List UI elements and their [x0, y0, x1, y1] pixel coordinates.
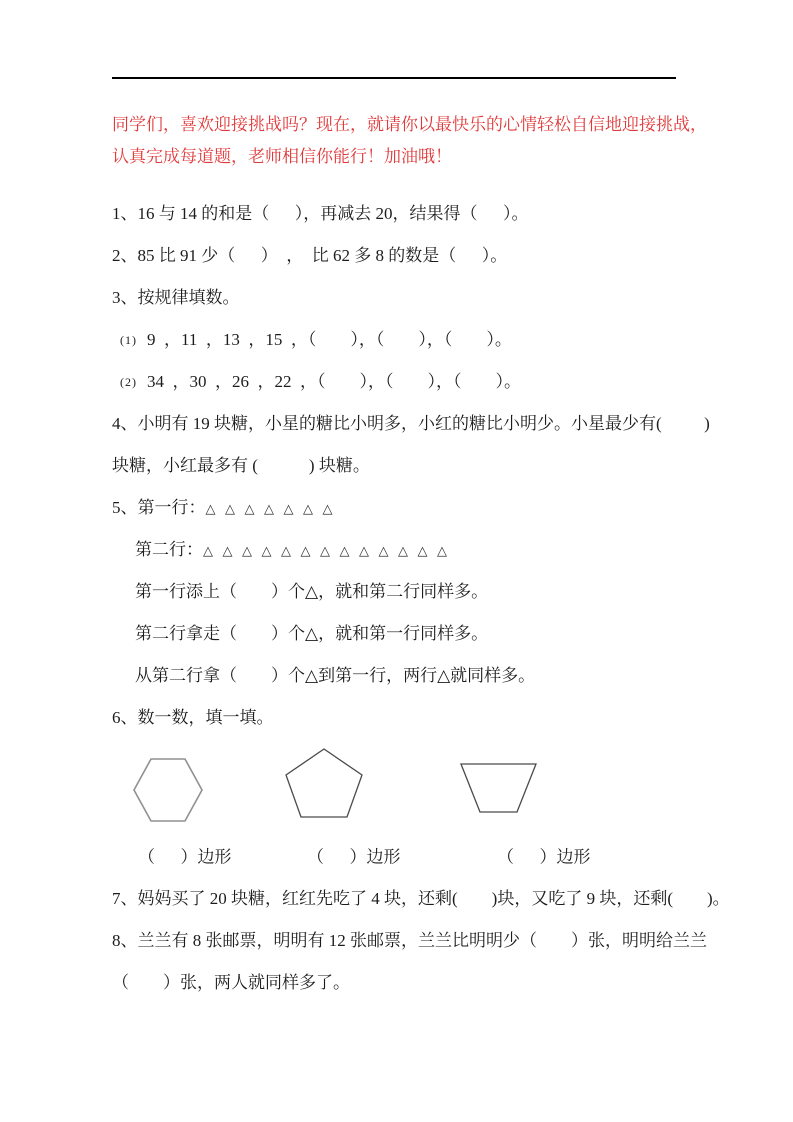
question-4-line-1-text: 4、小明有 19 块糖，小星的糖比小明多，小红的糖比小明少。小星最少有( ) — [112, 414, 710, 434]
page-content: 同学们，喜欢迎接挑战吗？现在，就请你以最快乐的心情轻松自信地迎接挑战，认真完成每… — [0, 77, 793, 1004]
worksheet-page: 同学们，喜欢迎接挑战吗？现在，就请你以最快乐的心情轻松自信地迎接挑战，认真完成每… — [0, 0, 793, 1122]
trapezoid-shape — [460, 763, 537, 813]
shape-caption-trapezoid: （ ）边形 — [497, 843, 591, 868]
question-5-line-3-text: 第一行添上（ ）个△，就和第二行同样多。 — [135, 582, 488, 602]
intro-line-2: 认真完成每道题，老师相信你能行！加油哦！ — [112, 147, 452, 166]
question-4-line-2: 块糖，小红最多有 ( ) 块糖。 — [112, 445, 676, 487]
question-5-line-4-text: 第二行拿走（ ）个△，就和第一行同样多。 — [135, 624, 488, 644]
question-7: 7、妈妈买了 20 块糖，红红先吃了 4 块，还剩( )块，又吃了 9 块，还剩… — [112, 878, 676, 920]
triangle-row-2: △ △ △ △ △ △ △ △ △ △ △ △ △ — [203, 539, 448, 561]
question-6-shapes — [112, 748, 676, 828]
question-8-line-1: 8、兰兰有 8 张邮票，明明有 12 张邮票，兰兰比明明少（ ）张，明明给兰兰 — [112, 920, 676, 962]
question-6-title: 6、数一数，填一填。 — [112, 697, 676, 739]
question-8-line-1-text: 8、兰兰有 8 张邮票，明明有 12 张邮票，兰兰比明明少（ ）张，明明给兰兰 — [112, 931, 707, 951]
intro-text: 同学们，喜欢迎接挑战吗？现在，就请你以最快乐的心情轻松自信地迎接挑战，认真完成每… — [112, 109, 676, 173]
question-3-item-2: (2) 34 ，30 ，26 ，22 ，（ ），（ ），（ ）。 — [112, 361, 676, 403]
intro-line-1: 同学们，喜欢迎接挑战吗？现在，就请你以最快乐的心情轻松自信地迎接挑战， — [112, 115, 707, 134]
question-5-row-1: 5、第一行： △ △ △ △ △ △ △ — [112, 487, 676, 529]
triangle-row-1: △ △ △ △ △ △ △ — [206, 497, 334, 519]
question-1-text: 1、16 与 14 的和是（ ），再减去 20，结果得（ ）。 — [112, 204, 529, 224]
question-5-line-5: 从第二行拿（ ）个△到第一行，两行△就同样多。 — [112, 655, 676, 697]
question-3-title: 3、按规律填数。 — [112, 277, 676, 319]
question-6-title-text: 6、数一数，填一填。 — [112, 708, 274, 728]
question-3-item-1-text: 9 ，11 ，13 ，15 ，（ ），（ ），（ ）。 — [147, 330, 512, 350]
question-4-line-1: 4、小明有 19 块糖，小星的糖比小明多，小红的糖比小明少。小星最少有( ) — [112, 403, 676, 445]
shape-caption-pentagon: （ ）边形 — [307, 843, 401, 868]
question-3-item-1: (1) 9 ，11 ，13 ，15 ，（ ），（ ），（ ）。 — [112, 319, 676, 361]
pentagon-shape — [285, 748, 363, 818]
question-8-line-2-text: （ ）张，两人就同样多了。 — [112, 973, 350, 993]
header-rule — [112, 77, 676, 79]
question-5-row-2-label: 第二行： — [135, 540, 203, 560]
question-5-line-4: 第二行拿走（ ）个△，就和第一行同样多。 — [112, 613, 676, 655]
question-3-item-2-marker: (2) — [120, 372, 137, 392]
question-6-captions: （ ）边形 （ ）边形 （ ）边形 — [112, 834, 676, 876]
shape-caption-hexagon: （ ）边形 — [138, 843, 232, 868]
question-5-row-2: 第二行： △ △ △ △ △ △ △ △ △ △ △ △ △ — [112, 529, 676, 571]
question-8-line-2: （ ）张，两人就同样多了。 — [112, 962, 676, 1004]
question-2-text: 2、85 比 91 少（ ） ， 比 62 多 8 的数是（ ）。 — [112, 246, 507, 266]
question-2: 2、85 比 91 少（ ） ， 比 62 多 8 的数是（ ）。 — [112, 235, 676, 277]
question-7-text: 7、妈妈买了 20 块糖，红红先吃了 4 块，还剩( )块，又吃了 9 块，还剩… — [112, 889, 730, 909]
question-4-line-2-text: 块糖，小红最多有 ( ) 块糖。 — [112, 456, 370, 476]
question-3-item-2-text: 34 ，30 ，26 ，22 ，（ ），（ ），（ ）。 — [147, 372, 521, 392]
question-5-line-5-text: 从第二行拿（ ）个△到第一行，两行△就同样多。 — [135, 666, 535, 686]
question-3-item-1-marker: (1) — [120, 330, 137, 350]
question-5-row-1-label: 5、第一行： — [112, 498, 206, 518]
question-3-title-text: 3、按规律填数。 — [112, 288, 240, 308]
hexagon-shape — [133, 758, 203, 822]
question-1: 1、16 与 14 的和是（ ），再减去 20，结果得（ ）。 — [112, 193, 676, 235]
question-5-line-3: 第一行添上（ ）个△，就和第二行同样多。 — [112, 571, 676, 613]
